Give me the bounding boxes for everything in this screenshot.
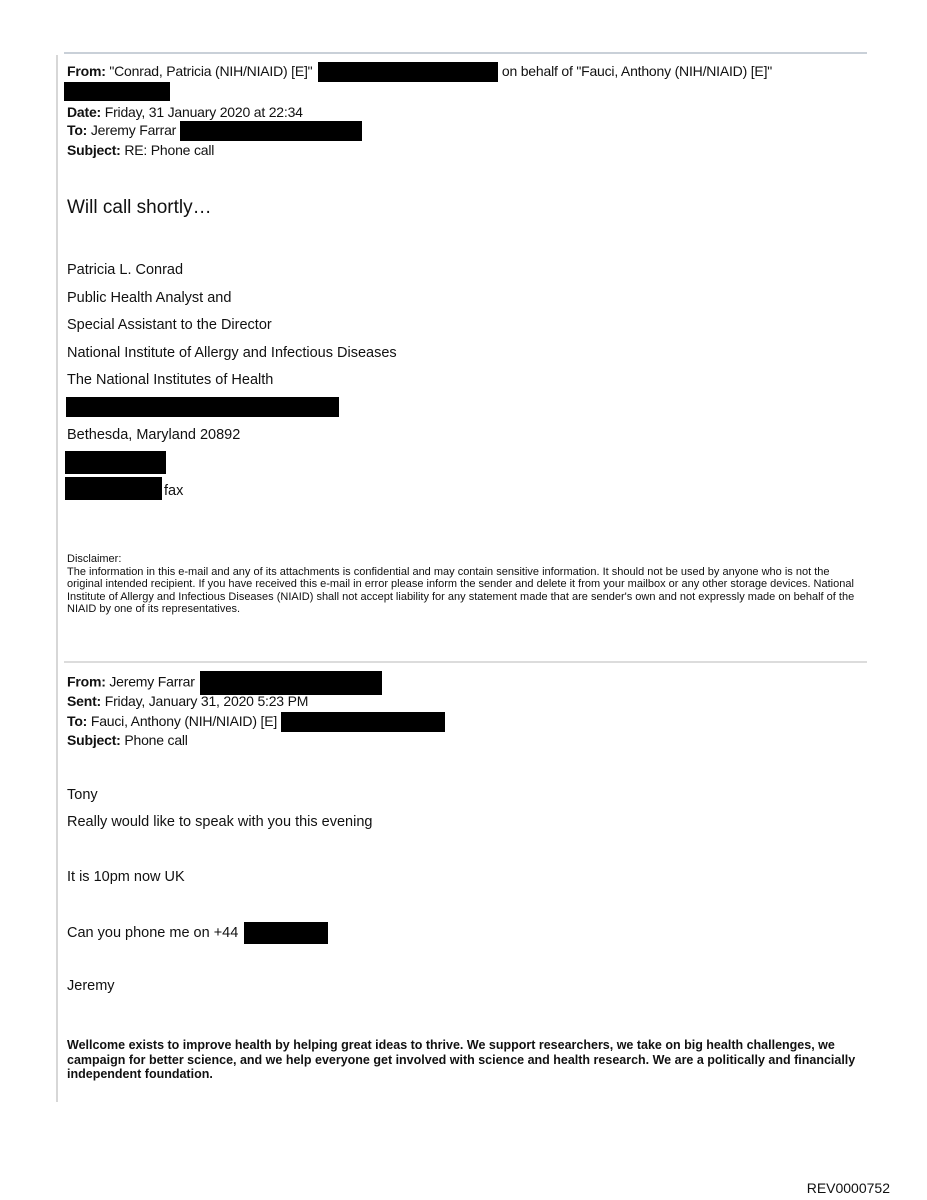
email2-subject-label: Subject: [67, 732, 121, 748]
email1-body: Will call shortly… [67, 196, 212, 220]
email1-subject-value: RE: Phone call [124, 142, 214, 158]
email2-from-label: From: [67, 674, 106, 690]
email1-date-label: Date: [67, 104, 101, 120]
email2-sent-value: Friday, January 31, 2020 5:23 PM [105, 693, 308, 709]
signature-city: Bethesda, Maryland 20892 [67, 426, 240, 444]
email1-to-line: To: Jeremy Farrar [67, 121, 362, 141]
email2-to-line: To: Fauci, Anthony (NIH/NIAID) [E] [67, 712, 445, 732]
redaction-email-address [180, 121, 362, 141]
email2-greeting: Tony [67, 786, 98, 804]
redaction-phone [65, 451, 166, 474]
email2-to-label: To: [67, 713, 87, 729]
email2-line-2: It is 10pm now UK [67, 868, 185, 886]
email1-from-line: From: "Conrad, Patricia (NIH/NIAID) [E]"… [67, 62, 772, 82]
signature-title-2: Special Assistant to the Director [67, 316, 272, 334]
top-divider [64, 52, 867, 54]
email1-to-value: Jeremy Farrar [91, 122, 176, 138]
quote-margin-rule [56, 55, 58, 1102]
signature-title-1: Public Health Analyst and [67, 289, 231, 307]
email2-subject-line: Subject: Phone call [67, 731, 188, 749]
email1-from-value: "Conrad, Patricia (NIH/NIAID) [E]" [109, 63, 312, 79]
document-page: From: "Conrad, Patricia (NIH/NIAID) [E]"… [0, 0, 927, 1200]
mid-divider [64, 661, 867, 663]
email1-subject-line: Subject: RE: Phone call [67, 141, 214, 159]
email2-to-value: Fauci, Anthony (NIH/NIAID) [E] [91, 713, 277, 729]
signature-org-2: The National Institutes of Health [67, 371, 273, 389]
email2-signoff: Jeremy [67, 977, 115, 995]
disclaimer: Disclaimer: The information in this e-ma… [67, 553, 867, 616]
redaction-email-address [64, 82, 170, 101]
email2-sent-line: Sent: Friday, January 31, 2020 5:23 PM [67, 692, 308, 710]
wellcome-footer: Wellcome exists to improve health by hel… [67, 1038, 867, 1082]
email1-date-value: Friday, 31 January 2020 at 22:34 [105, 104, 303, 120]
email1-on-behalf: on behalf of "Fauci, Anthony (NIH/NIAID)… [502, 63, 772, 79]
signature-org-1: National Institute of Allergy and Infect… [67, 344, 397, 362]
email2-subject-value: Phone call [124, 732, 187, 748]
email1-subject-label: Subject: [67, 142, 121, 158]
redaction-phone [244, 922, 328, 944]
email2-from-value: Jeremy Farrar [109, 674, 194, 690]
email1-from-label: From: [67, 63, 106, 79]
redaction-address [66, 397, 339, 417]
email2-line-3-text: Can you phone me on +44 [67, 925, 238, 941]
disclaimer-text: The information in this e-mail and any o… [67, 566, 867, 616]
redaction-email-address [281, 712, 445, 732]
signature-name: Patricia L. Conrad [67, 261, 183, 279]
email2-line-3: Can you phone me on +44 [67, 922, 328, 944]
disclaimer-title: Disclaimer: [67, 553, 867, 566]
redaction-email-address [318, 62, 498, 82]
email2-line-1: Really would like to speak with you this… [67, 813, 372, 831]
redaction-fax [65, 477, 162, 500]
signature-fax-label: fax [164, 482, 183, 500]
email1-date-line: Date: Friday, 31 January 2020 at 22:34 [67, 103, 303, 121]
email2-sent-label: Sent: [67, 693, 101, 709]
bates-number: REV0000752 [807, 1180, 890, 1196]
email1-to-label: To: [67, 122, 87, 138]
